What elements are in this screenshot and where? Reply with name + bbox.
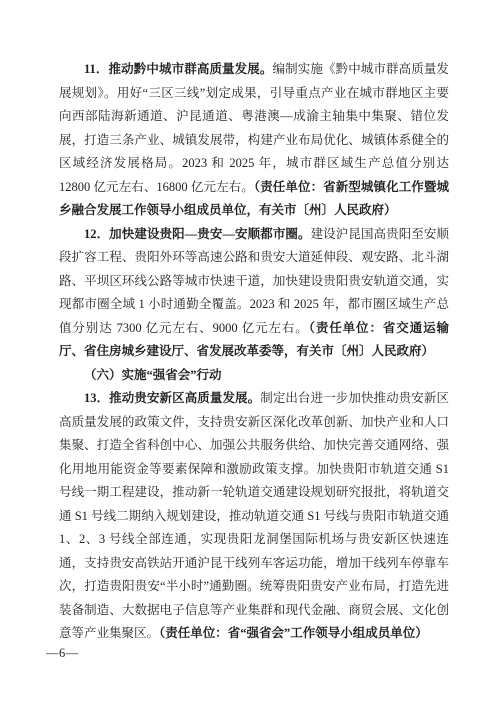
item-13-body: 制定出台进一步加快推动贵安新区高质量发展的政策文件，支持贵安新区深化改革创新、加… bbox=[59, 391, 449, 640]
item-12-lead: 12．加快建设贵阳—贵安—安顺都市圈。 bbox=[84, 227, 311, 241]
item-11-lead: 11．推动黔中城市群高质量发展。 bbox=[84, 62, 273, 76]
document-page: 11．推动黔中城市群高质量发展。编制实施《黔中城市群高质量发展规划》。用好“三区… bbox=[0, 0, 500, 707]
section-heading-6: （六）实施“强省会”行动 bbox=[59, 364, 449, 388]
paragraph-item-11: 11．推动黔中城市群高质量发展。编制实施《黔中城市群高质量发展规划》。用好“三区… bbox=[59, 58, 449, 223]
item-13-lead: 13．推动贵安新区高质量发展。 bbox=[84, 391, 260, 405]
page-number: —6— bbox=[46, 645, 79, 661]
item-11-body: 编制实施《黔中城市群高质量发展规划》。用好“三区三线”划定成果，引导重点产业在城… bbox=[59, 62, 449, 194]
document-text-block: 11．推动黔中城市群高质量发展。编制实施《黔中城市群高质量发展规划》。用好“三区… bbox=[59, 58, 449, 646]
paragraph-item-13: 13．推动贵安新区高质量发展。制定出台进一步加快推动贵安新区高质量发展的政策文件… bbox=[59, 387, 449, 646]
paragraph-item-12: 12．加快建设贵阳—贵安—安顺都市圈。建设沪昆国高贵阳至安顺段扩容工程、贵阳外环… bbox=[59, 223, 449, 364]
item-12-body: 建设沪昆国高贵阳至安顺段扩容工程、贵阳外环等高速公路和贵安大道延伸段、观安路、北… bbox=[59, 227, 449, 335]
item-13-responsibility: （责任单位：省“强省会”工作领导小组成员单位） bbox=[159, 626, 428, 640]
